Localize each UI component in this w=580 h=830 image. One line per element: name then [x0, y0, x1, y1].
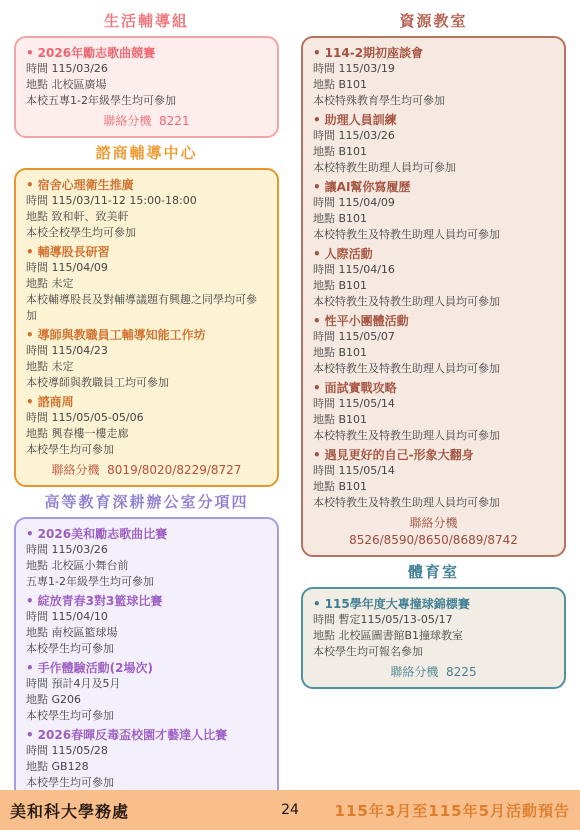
event-item: • 宿舍心理衛生推廣 時間 115/03/11-12 15:00-18:00地點…: [26, 177, 267, 241]
section-box: • 2026美和勵志歌曲比賽 時間 115/03/26地點 北校區小舞台前五專1…: [14, 517, 279, 820]
event-item: • 助理人員訓練 時間 115/03/26地點 B101本校特教生助理人員均可參…: [313, 112, 554, 176]
event-title: • 手作體驗活動(2場次): [26, 660, 267, 676]
bullet-icon: •: [26, 394, 34, 410]
bullet-icon: •: [313, 313, 321, 329]
section-higher-education-sprout-office: 高等教育深耕辦公室分項四 • 2026美和勵志歌曲比賽 時間 115/03/26…: [14, 493, 279, 820]
bullet-icon: •: [26, 45, 34, 61]
section-sports-office: 體育室 • 115學年度大專撞球錦標賽 時間 暫定115/05/13-05/17…: [301, 563, 566, 689]
event-detail-line: 時間 115/03/11-12 15:00-18:00: [26, 193, 267, 209]
event-title-text: 諮商周: [38, 394, 74, 410]
bullet-icon: •: [26, 526, 34, 542]
event-title: • 諮商周: [26, 394, 267, 410]
event-detail-line: 本校特教生及特教生助理人員均可參加: [313, 428, 554, 444]
event-title: • 宿舍心理衛生推廣: [26, 177, 267, 193]
event-detail-line: 地點 未定: [26, 276, 267, 292]
event-item: • 讓AI幫你寫履歷 時間 115/04/09地點 B101本校特教生及特教生助…: [313, 179, 554, 243]
event-detail-line: 本校特教生助理人員均可參加: [313, 160, 554, 176]
event-title: • 讓AI幫你寫履歷: [313, 179, 554, 195]
event-title-text: 2026春暉反毒盃校園才藝達人比賽: [38, 727, 227, 743]
event-title: • 導師與教職員工輔導知能工作坊: [26, 327, 267, 343]
event-title: • 性平小團體活動: [313, 313, 554, 329]
bullet-icon: •: [313, 447, 321, 463]
event-detail-line: 時間 115/04/16: [313, 262, 554, 278]
event-detail-line: 地點 B101: [313, 211, 554, 227]
section-box: • 宿舍心理衛生推廣 時間 115/03/11-12 15:00-18:00地點…: [14, 168, 279, 487]
section-title: 資源教室: [301, 12, 566, 30]
event-item: • 性平小團體活動 時間 115/05/07地點 B101本校特教生及特教生助理…: [313, 313, 554, 377]
bullet-icon: •: [26, 660, 34, 676]
bullet-icon: •: [313, 45, 321, 61]
event-title: • 2026春暉反毒盃校園才藝達人比賽: [26, 727, 267, 743]
event-detail-line: 時間 115/03/26: [26, 61, 267, 77]
event-title-text: 114-2期初座談會: [325, 45, 423, 61]
event-detail-line: 本校學生均可參加: [26, 442, 267, 458]
event-item: • 114-2期初座談會 時間 115/03/19地點 B101本校特殊教育學生…: [313, 45, 554, 109]
section-title: 生活輔導組: [14, 12, 279, 30]
event-item: • 導師與教職員工輔導知能工作坊 時間 115/04/23地點 未定本校導師與教…: [26, 327, 267, 391]
event-detail-line: 地點 B101: [313, 412, 554, 428]
event-title: • 114-2期初座談會: [313, 45, 554, 61]
contact-extension: 聯絡分機 8019/8020/8229/8727: [26, 462, 267, 479]
contact-extension: 聯絡分機: [313, 515, 554, 532]
event-detail-line: 時間 115/03/26: [313, 128, 554, 144]
event-list: • 2026美和勵志歌曲比賽 時間 115/03/26地點 北校區小舞台前五專1…: [26, 526, 267, 791]
event-item: • 遇見更好的自己-形象大翻身 時間 115/05/14地點 B101本校特教生…: [313, 447, 554, 511]
contact-extension: 聯絡分機 8225: [313, 664, 554, 681]
event-detail-line: 時間 暫定115/05/13-05/17: [313, 612, 554, 628]
event-detail-line: 時間 115/05/05-05/06: [26, 410, 267, 426]
event-item: • 2026美和勵志歌曲比賽 時間 115/03/26地點 北校區小舞台前五專1…: [26, 526, 267, 590]
event-title-text: 導師與教職員工輔導知能工作坊: [38, 327, 206, 343]
event-detail-line: 時間 115/04/23: [26, 343, 267, 359]
event-detail-line: 地點 北校區廣場: [26, 77, 267, 93]
event-title-text: 2026年勵志歌曲競賽: [38, 45, 155, 61]
event-detail-line: 地點 致和軒、致美軒: [26, 209, 267, 225]
event-detail-line: 地點 北校區圖書館B1撞球教室: [313, 628, 554, 644]
left-column: 生活輔導組 • 2026年勵志歌曲競賽 時間 115/03/26地點 北校區廣場…: [14, 6, 279, 820]
footer-page-number: 24: [281, 802, 299, 818]
event-detail-line: 地點 B101: [313, 144, 554, 160]
section-title: 體育室: [301, 563, 566, 581]
bullet-icon: •: [26, 327, 34, 343]
event-title-text: 性平小團體活動: [325, 313, 409, 329]
event-item: • 2026春暉反毒盃校園才藝達人比賽 時間 115/05/28地點 GB128…: [26, 727, 267, 791]
event-list: • 114-2期初座談會 時間 115/03/19地點 B101本校特殊教育學生…: [313, 45, 554, 511]
event-detail-line: 本校特教生及特教生助理人員均可參加: [313, 361, 554, 377]
event-detail-line: 時間 預計4月及5月: [26, 676, 267, 692]
event-title: • 助理人員訓練: [313, 112, 554, 128]
section-box: • 2026年勵志歌曲競賽 時間 115/03/26地點 北校區廣場本校五專1-…: [14, 36, 279, 138]
event-title-text: 手作體驗活動(2場次): [38, 660, 153, 676]
event-title: • 面試實戰攻略: [313, 380, 554, 396]
event-title-text: 115學年度大專撞球錦標賽: [325, 596, 470, 612]
event-list: • 2026年勵志歌曲競賽 時間 115/03/26地點 北校區廣場本校五專1-…: [26, 45, 267, 109]
event-detail-line: 本校特教生及特教生助理人員均可參加: [313, 227, 554, 243]
contact-block: 聯絡分機8526/8590/8650/8689/8742: [313, 515, 554, 549]
footer-bar: 美和科大學務處 24 115年3月至115年5月活動預告: [0, 790, 580, 830]
event-detail-line: 本校導師與教職員工均可參加: [26, 375, 267, 391]
event-detail-line: 地點 南校區籃球場: [26, 625, 267, 641]
event-detail-line: 時間 115/04/10: [26, 609, 267, 625]
bullet-icon: •: [26, 244, 34, 260]
event-item: • 手作體驗活動(2場次) 時間 預計4月及5月地點 G206本校學生均可參加: [26, 660, 267, 724]
event-title: • 115學年度大專撞球錦標賽: [313, 596, 554, 612]
flyer-page: 生活輔導組 • 2026年勵志歌曲競賽 時間 115/03/26地點 北校區廣場…: [0, 0, 580, 830]
event-detail-line: 本校輔導股長及對輔導議題有興趣之同學均可參加: [26, 292, 267, 324]
event-title-text: 面試實戰攻略: [325, 380, 397, 396]
event-item: • 諮商周 時間 115/05/05-05/06地點 興春樓一樓走廊本校學生均可…: [26, 394, 267, 458]
event-detail-line: 地點 B101: [313, 278, 554, 294]
footer-department: 美和科大學務處: [10, 799, 281, 822]
event-detail-line: 時間 115/05/14: [313, 463, 554, 479]
event-item: • 2026年勵志歌曲競賽 時間 115/03/26地點 北校區廣場本校五專1-…: [26, 45, 267, 109]
event-title: • 2026年勵志歌曲競賽: [26, 45, 267, 61]
contact-block: 聯絡分機 8019/8020/8229/8727: [26, 462, 267, 479]
event-title: • 輔導股長研習: [26, 244, 267, 260]
bullet-icon: •: [313, 596, 321, 612]
event-detail-line: 本校五專1-2年級學生均可參加: [26, 93, 267, 109]
footer-title: 115年3月至115年5月活動預告: [299, 800, 570, 821]
event-detail-line: 地點 GB128: [26, 759, 267, 775]
bullet-icon: •: [26, 177, 34, 193]
section-counseling-center: 諮商輔導中心 • 宿舍心理衛生推廣 時間 115/03/11-12 15:00-…: [14, 144, 279, 487]
event-detail-line: 地點 B101: [313, 77, 554, 93]
event-detail-line: 本校學生均可參加: [26, 641, 267, 657]
contact-block: 聯絡分機 8225: [313, 664, 554, 681]
bullet-icon: •: [313, 112, 321, 128]
section-title: 高等教育深耕辦公室分項四: [14, 493, 279, 511]
event-detail-line: 地點 B101: [313, 345, 554, 361]
event-detail-line: 本校特教生及特教生助理人員均可參加: [313, 294, 554, 310]
content-columns: 生活輔導組 • 2026年勵志歌曲競賽 時間 115/03/26地點 北校區廣場…: [0, 0, 580, 820]
event-detail-line: 時間 115/05/14: [313, 396, 554, 412]
event-title-text: 宿舍心理衛生推廣: [38, 177, 134, 193]
bullet-icon: •: [313, 246, 321, 262]
event-title: • 人際活動: [313, 246, 554, 262]
event-title-text: 輔導股長研習: [38, 244, 110, 260]
event-detail-line: 時間 115/04/09: [26, 260, 267, 276]
event-title-text: 助理人員訓練: [325, 112, 397, 128]
bullet-icon: •: [26, 593, 34, 609]
event-title: • 綻放青春3對3籃球比賽: [26, 593, 267, 609]
event-detail-line: 時間 115/04/09: [313, 195, 554, 211]
event-detail-line: 本校特教生及特教生助理人員均可參加: [313, 495, 554, 511]
event-item: • 面試實戰攻略 時間 115/05/14地點 B101本校特教生及特教生助理人…: [313, 380, 554, 444]
event-detail-line: 時間 115/05/07: [313, 329, 554, 345]
event-detail-line: 五專1-2年級學生均可參加: [26, 574, 267, 590]
event-title-text: 遇見更好的自己-形象大翻身: [325, 447, 474, 463]
bullet-icon: •: [26, 727, 34, 743]
event-detail-line: 時間 115/03/26: [26, 542, 267, 558]
event-detail-line: 本校學生均可參加: [26, 708, 267, 724]
event-detail-line: 本校特殊教育學生均可參加: [313, 93, 554, 109]
event-item: • 輔導股長研習 時間 115/04/09地點 未定本校輔導股長及對輔導議題有興…: [26, 244, 267, 324]
event-detail-line: 本校學生均可參加: [26, 775, 267, 791]
contact-extension: 8526/8590/8650/8689/8742: [313, 532, 554, 549]
event-item: • 人際活動 時間 115/04/16地點 B101本校特教生及特教生助理人員均…: [313, 246, 554, 310]
event-detail-line: 地點 B101: [313, 479, 554, 495]
event-title-text: 2026美和勵志歌曲比賽: [38, 526, 167, 542]
contact-extension: 聯絡分機 8221: [26, 113, 267, 130]
event-detail-line: 地點 未定: [26, 359, 267, 375]
right-column: 資源教室 • 114-2期初座談會 時間 115/03/19地點 B101本校特…: [301, 6, 566, 820]
event-list: • 115學年度大專撞球錦標賽 時間 暫定115/05/13-05/17地點 北…: [313, 596, 554, 660]
section-title: 諮商輔導中心: [14, 144, 279, 162]
event-detail-line: 地點 G206: [26, 692, 267, 708]
event-list: • 宿舍心理衛生推廣 時間 115/03/11-12 15:00-18:00地點…: [26, 177, 267, 458]
event-detail-line: 本校學生均可報名參加: [313, 644, 554, 660]
event-title-text: 讓AI幫你寫履歷: [325, 179, 411, 195]
bullet-icon: •: [313, 380, 321, 396]
event-title: • 2026美和勵志歌曲比賽: [26, 526, 267, 542]
event-detail-line: 地點 北校區小舞台前: [26, 558, 267, 574]
contact-block: 聯絡分機 8221: [26, 113, 267, 130]
event-title: • 遇見更好的自己-形象大翻身: [313, 447, 554, 463]
event-detail-line: 地點 興春樓一樓走廊: [26, 426, 267, 442]
section-life-guidance: 生活輔導組 • 2026年勵志歌曲競賽 時間 115/03/26地點 北校區廣場…: [14, 12, 279, 138]
event-detail-line: 時間 115/03/19: [313, 61, 554, 77]
bullet-icon: •: [313, 179, 321, 195]
event-detail-line: 時間 115/05/28: [26, 743, 267, 759]
event-title-text: 綻放青春3對3籃球比賽: [38, 593, 163, 609]
event-title-text: 人際活動: [325, 246, 373, 262]
event-item: • 115學年度大專撞球錦標賽 時間 暫定115/05/13-05/17地點 北…: [313, 596, 554, 660]
event-item: • 綻放青春3對3籃球比賽 時間 115/04/10地點 南校區籃球場本校學生均…: [26, 593, 267, 657]
event-detail-line: 本校全校學生均可參加: [26, 225, 267, 241]
section-resource-classroom: 資源教室 • 114-2期初座談會 時間 115/03/19地點 B101本校特…: [301, 12, 566, 557]
section-box: • 114-2期初座談會 時間 115/03/19地點 B101本校特殊教育學生…: [301, 36, 566, 557]
section-box: • 115學年度大專撞球錦標賽 時間 暫定115/05/13-05/17地點 北…: [301, 587, 566, 689]
